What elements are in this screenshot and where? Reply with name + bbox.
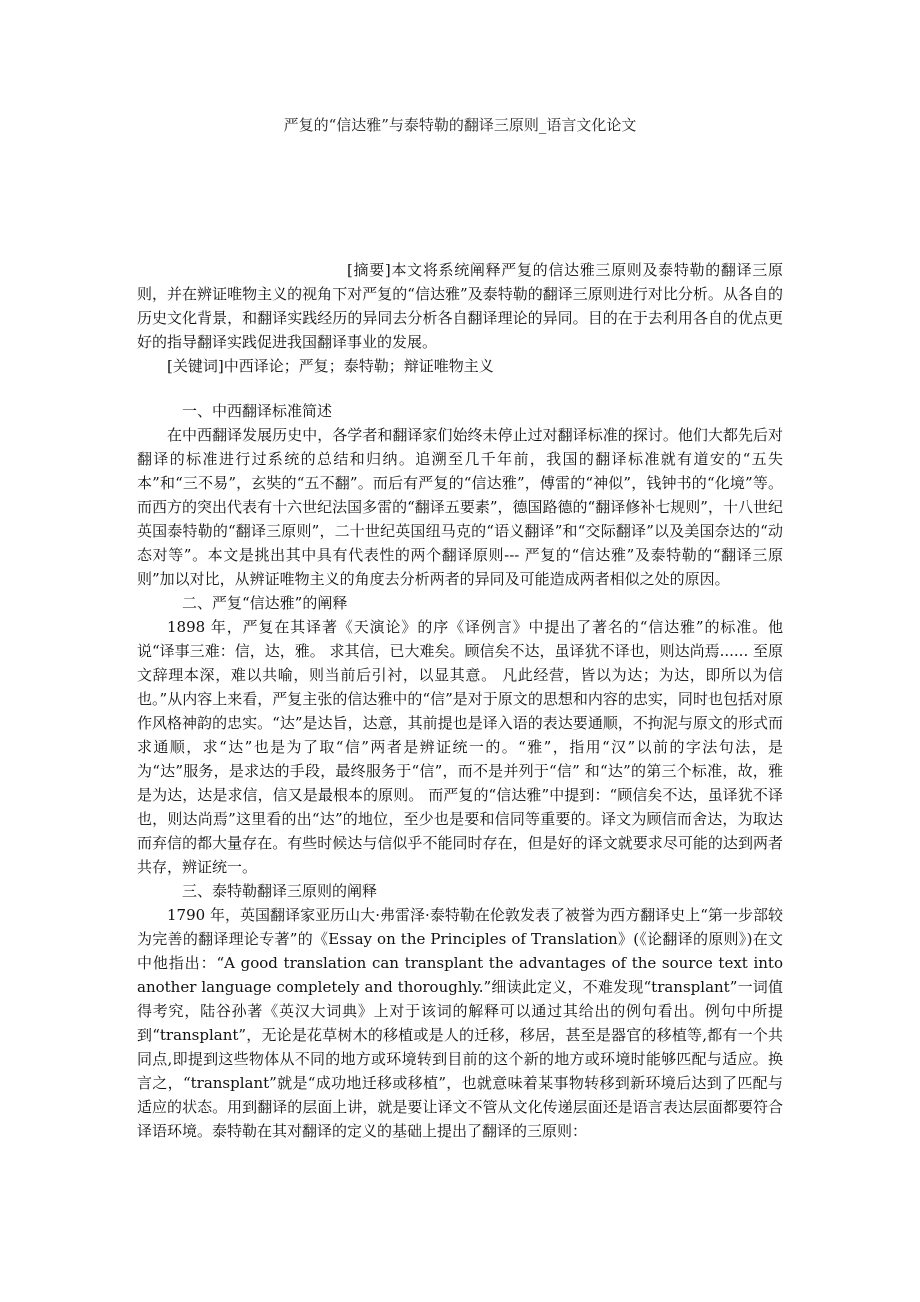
document-title: 严复的“信达雅”与泰特勒的翻译三原则_语言文化论文 bbox=[0, 114, 920, 136]
abstract: [摘要]本文将系统阐释严复的信达雅三原则及泰特勒的翻译三原则，并在辨证唯物主义的… bbox=[137, 258, 783, 354]
section-heading-2: 二、严复“信达雅”的阐释 bbox=[137, 591, 783, 615]
document-body: [摘要]本文将系统阐释严复的信达雅三原则及泰特勒的翻译三原则，并在辨证唯物主义的… bbox=[137, 258, 783, 1143]
keywords: [关键词]中西译论；严复；泰特勒；辩证唯物主义 bbox=[137, 354, 783, 378]
document-page: 严复的“信达雅”与泰特勒的翻译三原则_语言文化论文 [摘要]本文将系统阐释严复的… bbox=[0, 0, 920, 1302]
section-heading-3: 三、泰特勒翻译三原则的阐释 bbox=[137, 879, 783, 903]
spacer bbox=[137, 378, 783, 399]
section-3-paragraph: 1790 年，英国翻译家亚历山大·弗雷泽·泰特勒在伦敦发表了被誉为西方翻译史上“… bbox=[137, 903, 783, 1143]
section-2-paragraph: 1898 年，严复在其译著《天演论》的序《译例言》中提出了著名的“信达雅”的标准… bbox=[137, 615, 783, 879]
section-1-paragraph: 在中西翻译发展历史中，各学者和翻译家们始终未停止过对翻译标准的探讨。他们大都先后… bbox=[137, 423, 783, 591]
section-heading-1: 一、中西翻译标准简述 bbox=[137, 399, 783, 423]
